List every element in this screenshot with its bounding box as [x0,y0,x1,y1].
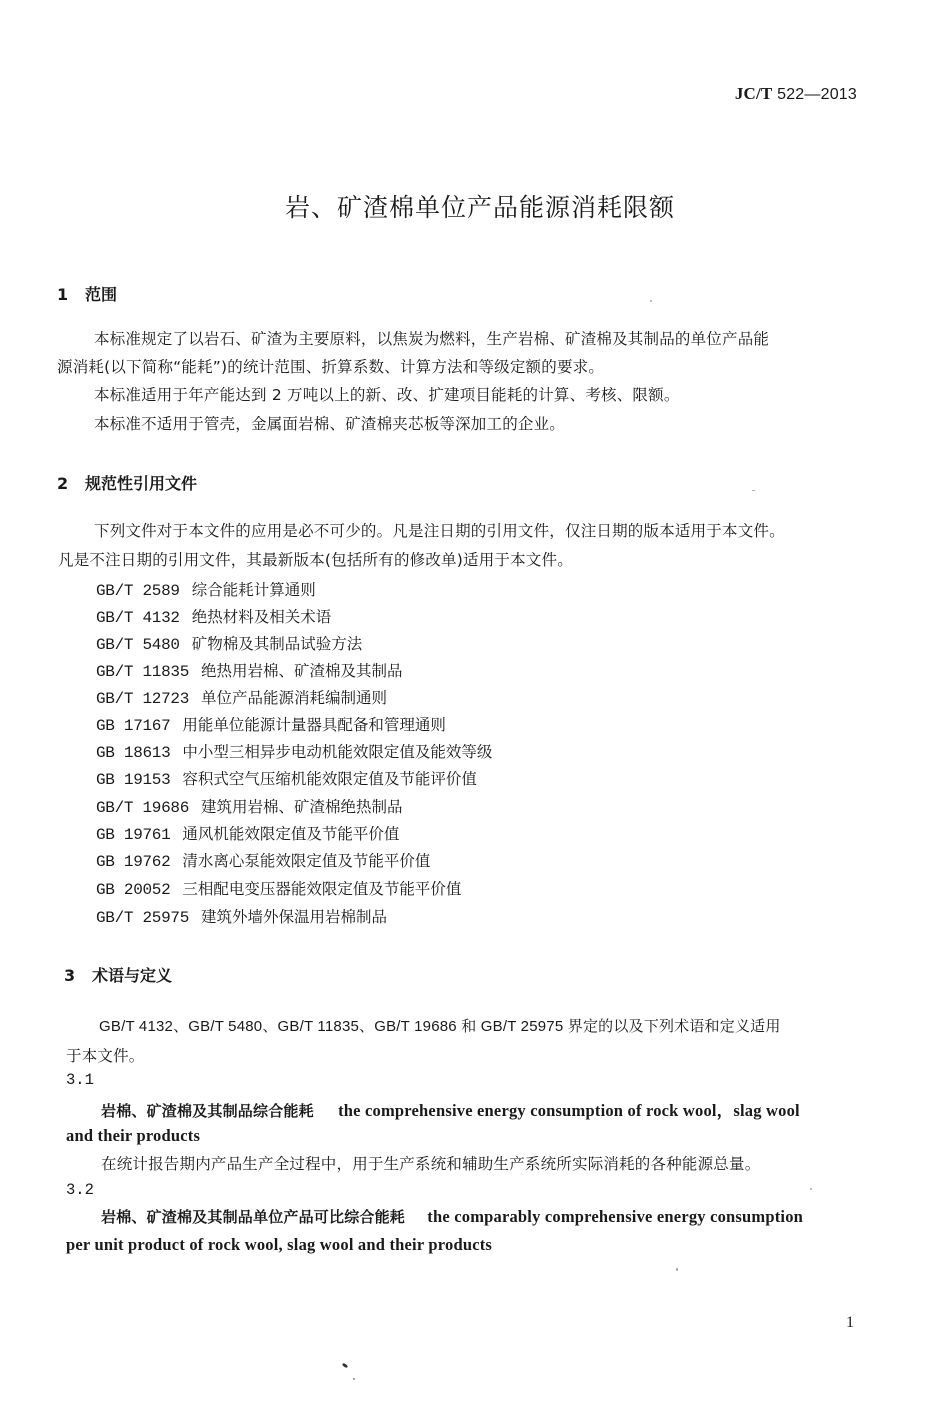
section-1-paragraph-1-line-1: 本标准规定了以岩石、矿渣为主要原料，以焦炭为燃料，生产岩棉、矿渣棉及其制品的单位… [94,327,769,349]
section-number: 1 [57,285,85,304]
term-chinese-name: 岩棉、矿渣棉及其制品综合能耗 [101,1102,314,1120]
document-page: JC/T 522—2013 岩、矿渣棉单位产品能源消耗限额 1范围 本标准规定了… [0,0,950,1418]
term-3-2-english-line-2: per unit product of rock wool, slag wool… [66,1235,492,1255]
reference-code: GB/T 2589 [96,582,180,600]
term-number: 3.2 [66,1181,94,1199]
reference-name: 综合能耗计算通则 [192,581,316,599]
reference-item: GB 19153容积式空气压缩机能效限定值及节能评价值 [96,767,477,789]
term-3-1-definition: 在统计报告期内产品生产全过程中，用于生产系统和辅助生产系统所实际消耗的各种能源总… [101,1152,760,1174]
reference-name: 建筑用岩棉、矿渣棉绝热制品 [201,798,403,816]
reference-name: 建筑外墙外保温用岩棉制品 [201,908,387,926]
scan-speck [752,490,755,491]
reference-code: GB 19153 [96,771,170,789]
term-english-name: the comparably comprehensive energy cons… [427,1207,803,1226]
standard-code: JC/T 522—2013 [735,84,857,104]
section-number: 2 [57,474,85,493]
term-3-1-heading: 岩棉、矿渣棉及其制品综合能耗 the comprehensive energy … [101,1097,800,1121]
term-chinese-name: 岩棉、矿渣棉及其制品单位产品可比综合能耗 [101,1208,405,1226]
reference-name: 绝热材料及相关术语 [192,608,332,626]
scan-speck [650,300,652,302]
reference-code: GB 17167 [96,717,170,735]
reference-name: 单位产品能源消耗编制通则 [201,689,387,707]
reference-item: GB/T 4132绝热材料及相关术语 [96,605,331,627]
reference-item: GB 18613中小型三相异步电动机能效限定值及能效等级 [96,740,492,762]
reference-item: GB/T 19686建筑用岩棉、矿渣棉绝热制品 [96,795,403,817]
reference-name: 用能单位能源计量器具配备和管理通则 [182,716,446,734]
section-number: 3 [64,966,92,985]
term-number: 3.1 [66,1071,94,1089]
section-1-paragraph-3: 本标准不适用于管壳，金属面岩棉、矿渣棉夹芯板等深加工的企业。 [94,412,565,434]
section-2-intro-line-1: 下列文件对于本文件的应用是必不可少的。凡是注日期的引用文件，仅注日期的版本适用于… [94,519,785,541]
section-3-intro-line-2: 于本文件。 [66,1044,145,1066]
section-1-paragraph-2: 本标准适用于年产能达到 2 万吨以上的新、改、扩建项目能耗的计算、考核、限额。 [94,383,680,405]
term-english-name: the comprehensive energy consumption of … [338,1101,800,1120]
reference-code: GB 20052 [96,881,170,899]
term-english-name-continued: and their products [66,1126,200,1145]
reference-code: GB/T 19686 [96,799,189,817]
reference-code: GB 19761 [96,826,170,844]
reference-item: GB/T 5480矿物棉及其制品试验方法 [96,632,362,654]
section-title: 术语与定义 [92,966,172,985]
scan-speck [810,1188,812,1190]
reference-name: 绝热用岩棉、矿渣棉及其制品 [201,662,403,680]
reference-name: 容积式空气压缩机能效限定值及节能评价值 [182,770,477,788]
reference-name: 中小型三相异步电动机能效限定值及能效等级 [182,743,492,761]
section-1-paragraph-1-line-2: 源消耗(以下简称“能耗”)的统计范围、折算系数、计算方法和等级定额的要求。 [57,355,604,377]
term-3-1-english-line-2: and their products [66,1126,200,1146]
term-english-name-continued: per unit product of rock wool, slag wool… [66,1235,492,1254]
standard-code-number: 522—2013 [772,86,857,103]
section-title: 范围 [85,285,117,304]
reference-code: GB 19762 [96,853,170,871]
scan-speck [342,1363,349,1369]
reference-code: GB/T 5480 [96,636,180,654]
reference-item: GB/T 12723单位产品能源消耗编制通则 [96,686,387,708]
reference-code: GB/T 25975 [96,909,189,927]
reference-item: GB/T 2589综合能耗计算通则 [96,578,316,600]
page-number: 1 [846,1314,854,1332]
scan-speck [676,1268,678,1271]
section-3-heading: 3术语与定义 [64,963,172,986]
reference-item: GB 17167用能单位能源计量器具配备和管理通则 [96,713,446,735]
reference-item: GB/T 11835绝热用岩棉、矿渣棉及其制品 [96,659,403,681]
reference-item: GB 20052三相配电变压器能效限定值及节能平价值 [96,877,461,899]
section-3-intro-line-1: GB/T 4132、GB/T 5480、GB/T 11835、GB/T 1968… [99,1015,781,1036]
section-2-intro-line-2: 凡是不注日期的引用文件，其最新版本(包括所有的修改单)适用于本文件。 [58,548,573,570]
section-title: 规范性引用文件 [85,474,197,493]
section-2-heading: 2规范性引用文件 [57,471,197,494]
reference-code: GB/T 12723 [96,690,189,708]
reference-name: 矿物棉及其制品试验方法 [192,635,363,653]
reference-name: 通风机能效限定值及节能平价值 [182,825,399,843]
standard-code-prefix: JC/T [735,84,773,103]
reference-item: GB 19761通风机能效限定值及节能平价值 [96,822,399,844]
reference-code: GB/T 4132 [96,609,180,627]
reference-code: GB/T 11835 [96,663,189,681]
scan-speck [353,1378,355,1380]
term-3-2-heading: 岩棉、矿渣棉及其制品单位产品可比综合能耗 the comparably comp… [101,1206,803,1227]
reference-item: GB 19762清水离心泵能效限定值及节能平价值 [96,849,430,871]
reference-item: GB/T 25975建筑外墙外保温用岩棉制品 [96,905,387,927]
reference-code: GB 18613 [96,744,170,762]
document-title: 岩、矿渣棉单位产品能源消耗限额 [0,188,950,224]
section-1-heading: 1范围 [57,282,117,305]
reference-name: 清水离心泵能效限定值及节能平价值 [182,852,430,870]
reference-name: 三相配电变压器能效限定值及节能平价值 [182,880,461,898]
